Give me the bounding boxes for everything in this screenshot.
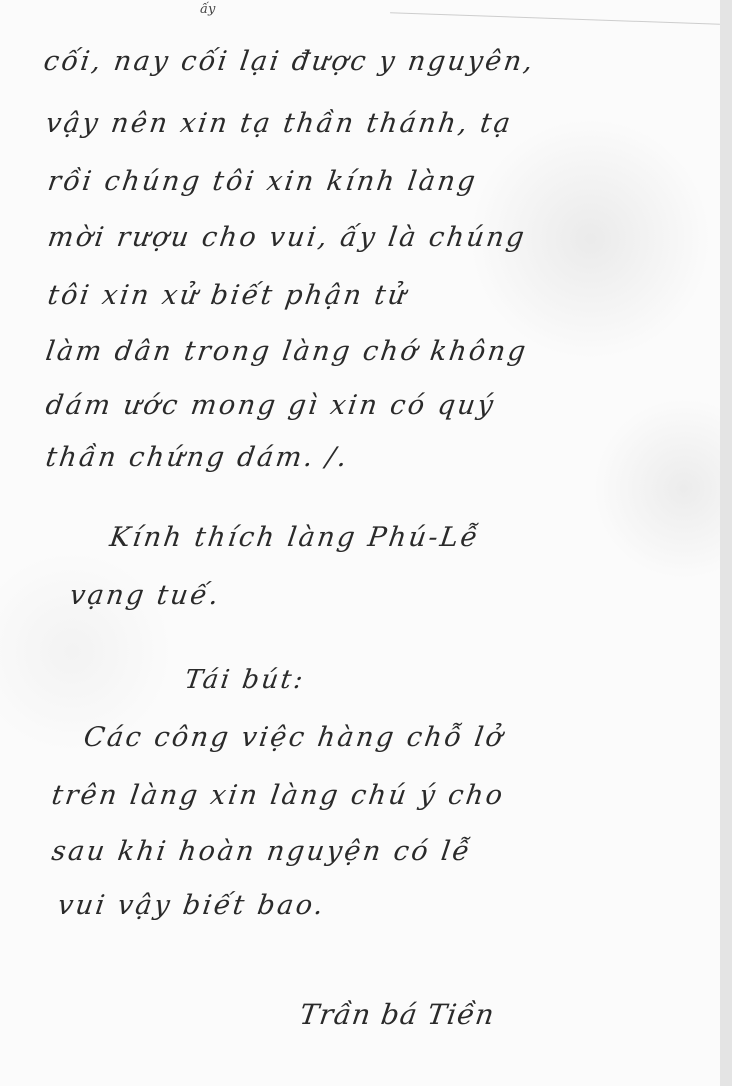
body-line-6: làm dân trong làng chớ không [44, 336, 530, 367]
postscript-heading: Tái bút: [183, 665, 307, 695]
postscript-line-4: vui vậy biết bao. [56, 890, 328, 921]
paper-fold-mark [390, 12, 720, 25]
salutation-line-1: Kính thích làng Phú-Lễ [108, 522, 482, 553]
insertion-mark: ấy [200, 2, 215, 17]
body-line-4: mời rượu cho vui, ấy là chúng [46, 222, 529, 253]
signature: Trần bá Tiền [298, 998, 497, 1031]
body-line-2: vậy nên xin tạ thần thánh, tạ [44, 108, 515, 139]
scan-edge [720, 0, 732, 1086]
postscript-line-2: trên làng xin làng chú ý cho [50, 780, 507, 811]
body-line-8: thần chứng dám. /. [44, 442, 351, 473]
body-line-7: dám ước mong gì xin có quý [44, 390, 498, 421]
postscript-line-1: Các công việc hàng chỗ lở [82, 722, 507, 753]
body-line-3: rồi chúng tôi xin kính làng [46, 166, 480, 197]
scanned-letter-page: ấy cối, nay cối lại được y nguyên, vậy n… [0, 0, 720, 1086]
postscript-line-3: sau khi hoàn nguyện có lễ [50, 836, 474, 867]
body-line-1: cối, nay cối lại được y nguyên, [42, 46, 537, 77]
salutation-line-2: vạng tuế. [68, 580, 223, 611]
body-line-5: tôi xin xử biết phận tử [46, 280, 410, 311]
